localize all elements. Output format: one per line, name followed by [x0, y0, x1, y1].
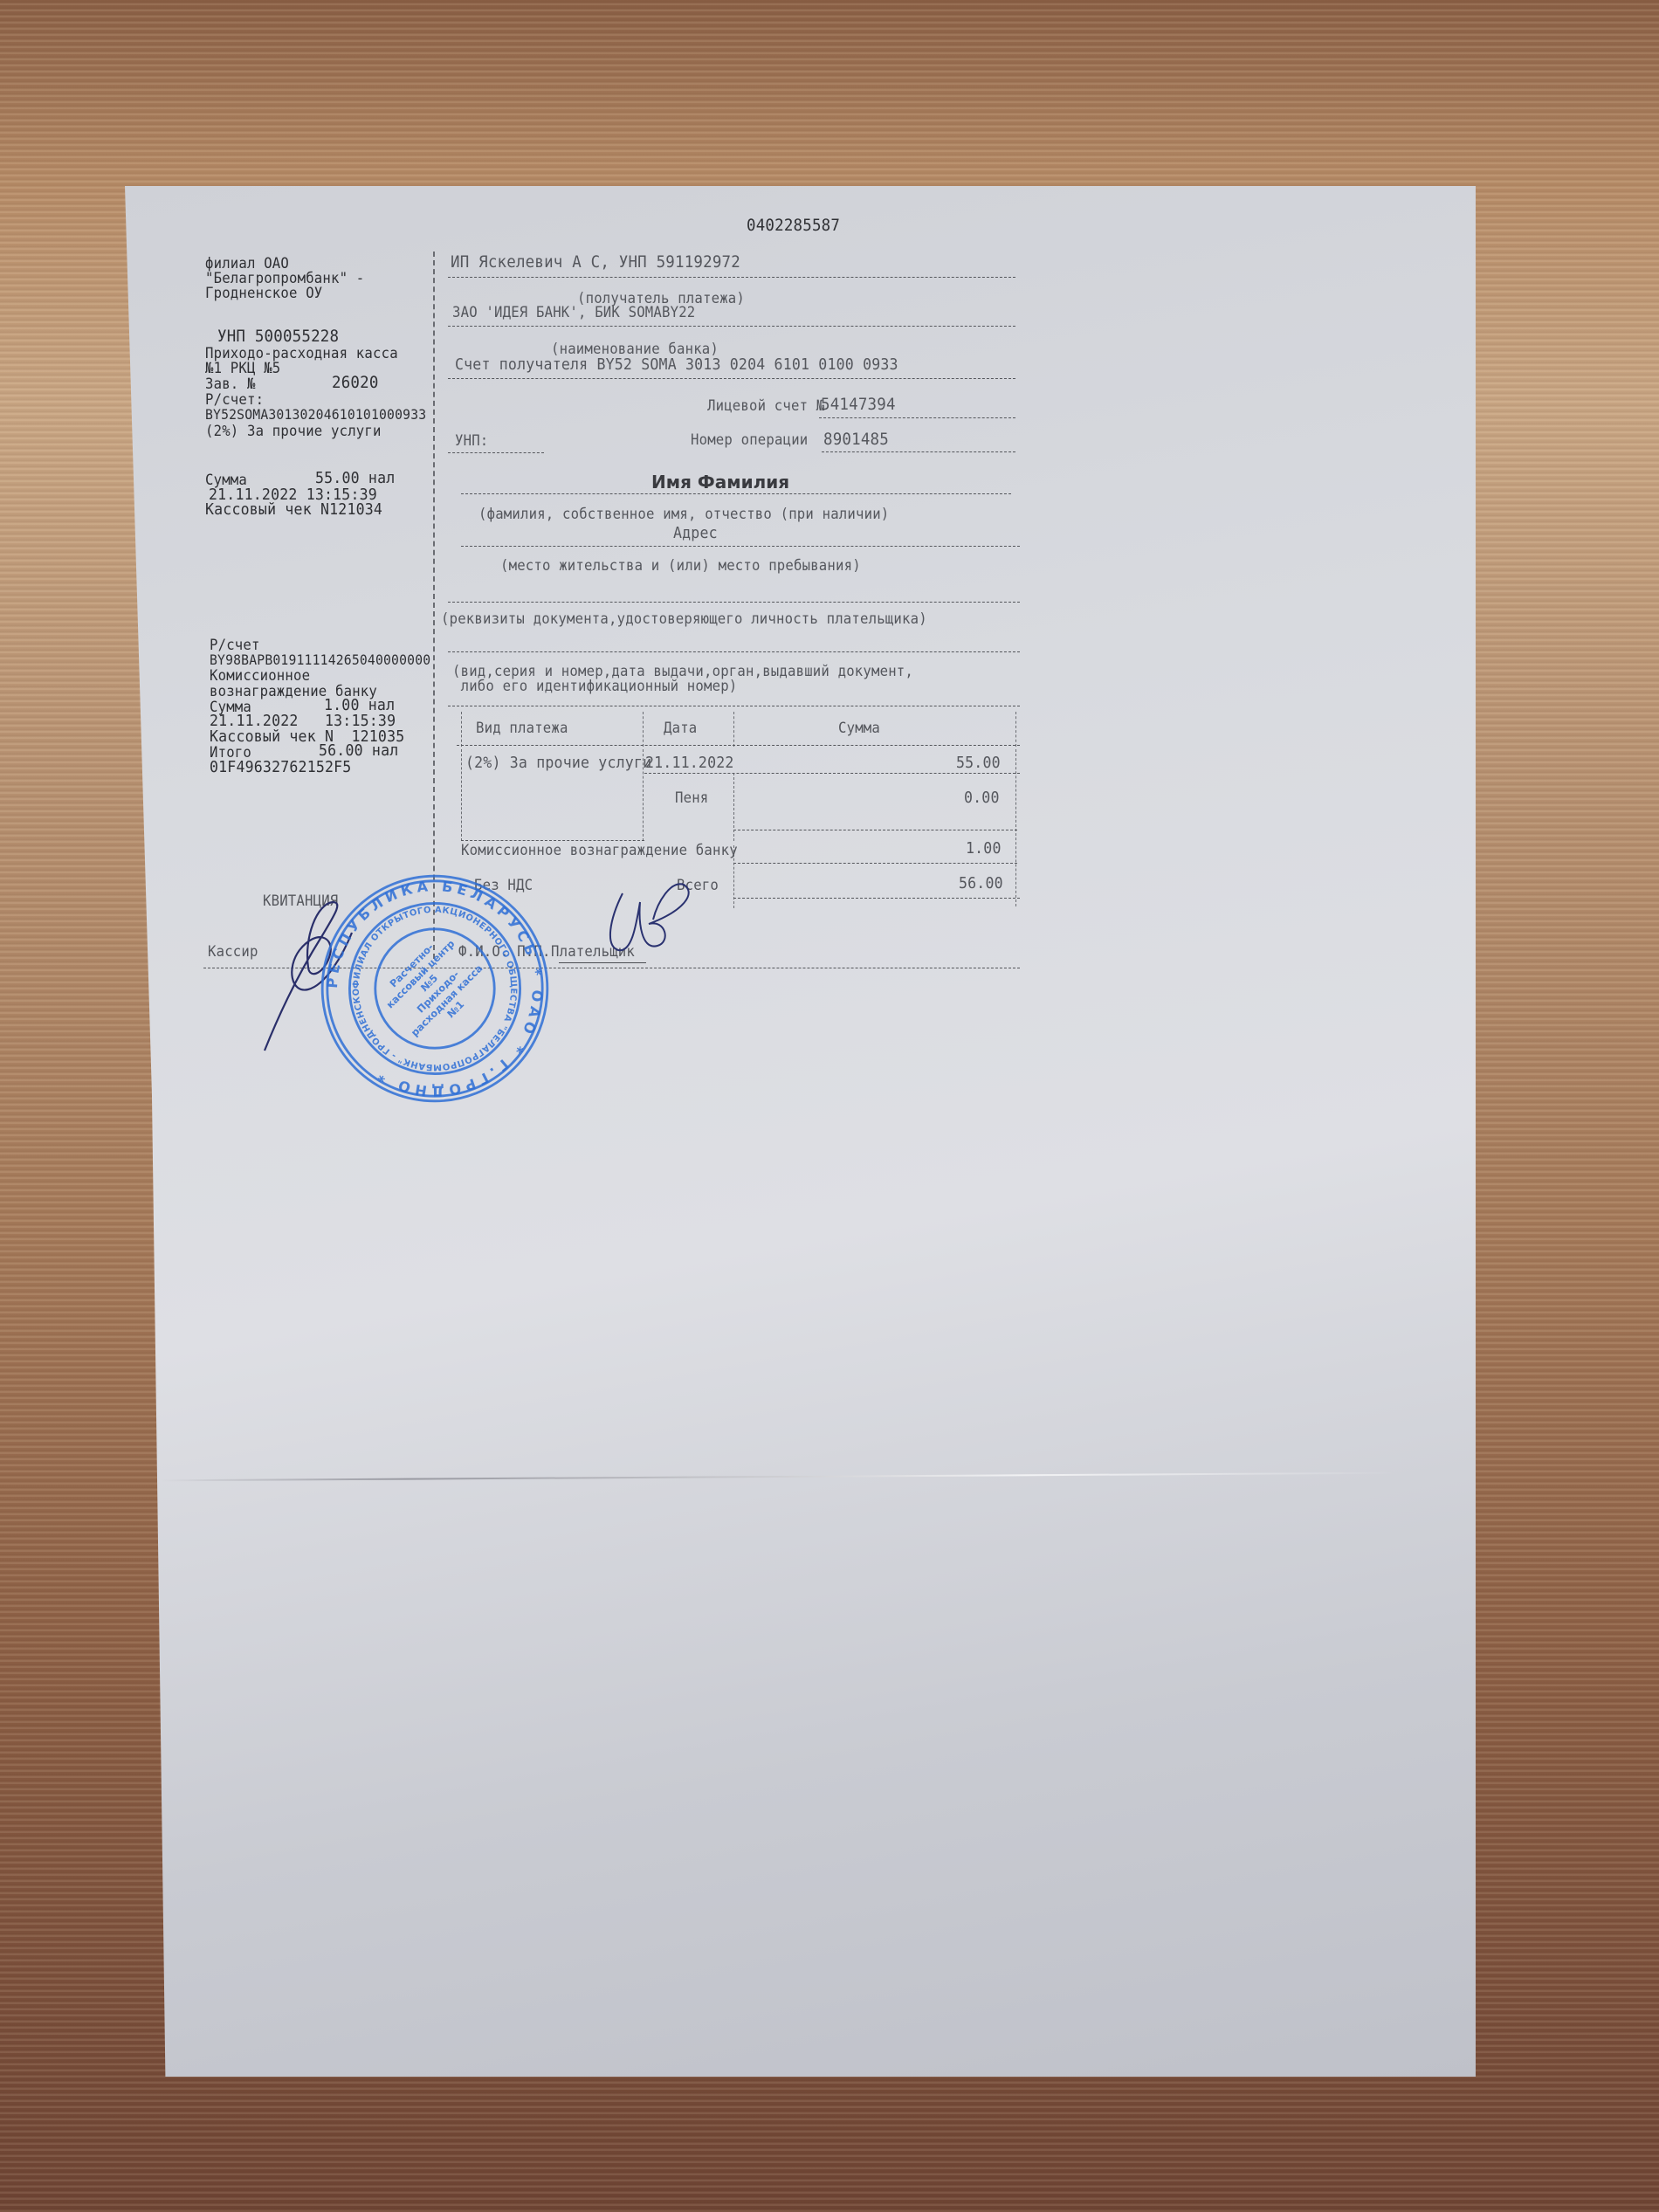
recipient-account: Счет получателя BY52 SOMA 3013 0204 6101… — [455, 357, 898, 373]
account-number: BY52SOMA30130204610101000933 — [205, 407, 426, 423]
divider — [733, 863, 1017, 864]
table-header-amount: Сумма — [838, 720, 880, 736]
table-border — [461, 749, 462, 841]
divider — [733, 898, 1020, 899]
cash-desk-line-2: №1 РКЦ №5 — [205, 361, 280, 376]
document-caption: (реквизиты документа,удостоверяющего лич… — [441, 611, 927, 627]
recipient: ИП Яскелевич А С, УНП 591192972 — [451, 254, 740, 270]
divider — [822, 451, 1015, 452]
table-border — [643, 712, 644, 747]
recipient-bank: ЗАО 'ИДЕЯ БАНК', БИК SOMABY22 — [452, 305, 695, 320]
receipt-paper: 0402285587 филиал ОАО "Белагропромбанк" … — [125, 186, 1476, 2077]
payer-address: Адрес — [673, 526, 718, 541]
table-border — [461, 712, 462, 747]
personal-account: 54147394 — [821, 396, 896, 412]
payment-type: (2%) За прочие услуги — [205, 424, 382, 439]
divider — [461, 840, 644, 841]
divider — [448, 651, 1020, 652]
personal-account-label: Лицевой счет № — [707, 398, 824, 414]
document-number: 0402285587 — [747, 217, 840, 233]
cashier-label: Кассир — [208, 944, 258, 960]
divider — [448, 602, 1020, 603]
receipt-number: Кассовый чек N121034 — [205, 502, 382, 518]
divider — [448, 378, 1015, 379]
divider — [461, 546, 1020, 547]
divider — [733, 830, 1017, 830]
payer-name: Имя Фамилия — [651, 472, 789, 493]
document-details-caption-2: либо его идентификационный номер) — [452, 679, 737, 694]
divider — [448, 706, 1020, 706]
grand-total-amount: 56.00 — [959, 876, 1003, 892]
bank-unp: УНП 500055228 — [217, 328, 339, 344]
table-border — [733, 712, 734, 747]
row-penalty-label: Пеня — [675, 790, 708, 806]
receipt-hash: 01F49632762152F5 — [210, 760, 351, 775]
operation-number: 8901485 — [823, 431, 889, 447]
table-header-date: Дата — [664, 720, 697, 736]
table-border — [733, 773, 734, 841]
divider — [457, 745, 1020, 746]
commission-label-1: Комиссионное — [210, 668, 310, 684]
table-header-type: Вид платежа — [476, 720, 568, 736]
divider — [448, 326, 1015, 327]
payer-unp-label: УНП: — [455, 433, 488, 449]
row-type: (2%) За прочие услуги — [465, 755, 651, 771]
divider — [448, 452, 544, 453]
payer-signature — [588, 876, 710, 972]
address-caption: (место жительства и (или) место пребыван… — [500, 558, 861, 574]
payer-name-caption: (фамилия, собственное имя, отчество (при… — [478, 506, 889, 522]
paper-fold-crease — [160, 1472, 1397, 1482]
commission-row-amount: 1.00 — [966, 841, 1002, 857]
divider — [461, 493, 1011, 494]
operation-label: Номер операции — [691, 432, 808, 448]
row-date: 21.11.2022 — [645, 755, 734, 771]
order-label: Зав. № — [205, 376, 256, 392]
total-value: 56.00 нал — [319, 743, 398, 759]
stub-separator — [433, 252, 435, 959]
commission-account: BY98BAPB01911114265040000000 — [210, 652, 430, 668]
row-amount: 55.00 — [956, 755, 1001, 771]
bank-stamp: РЕСПУБЛИКА БЕЛАРУСЬ * ОАО * Г.ГРОДНО * Ф… — [317, 871, 553, 1106]
table-border — [1015, 712, 1016, 747]
order-number: 26020 — [332, 375, 379, 390]
amount-value: 55.00 нал — [315, 471, 395, 486]
divider — [644, 773, 1020, 774]
row-penalty-amount: 0.00 — [964, 790, 1000, 806]
divider — [448, 277, 1015, 278]
divider — [819, 417, 1015, 418]
bank-branch-line-3: Гродненское ОУ — [205, 286, 322, 301]
commission-row-label: Комиссионное вознаграждение банку — [461, 843, 738, 858]
